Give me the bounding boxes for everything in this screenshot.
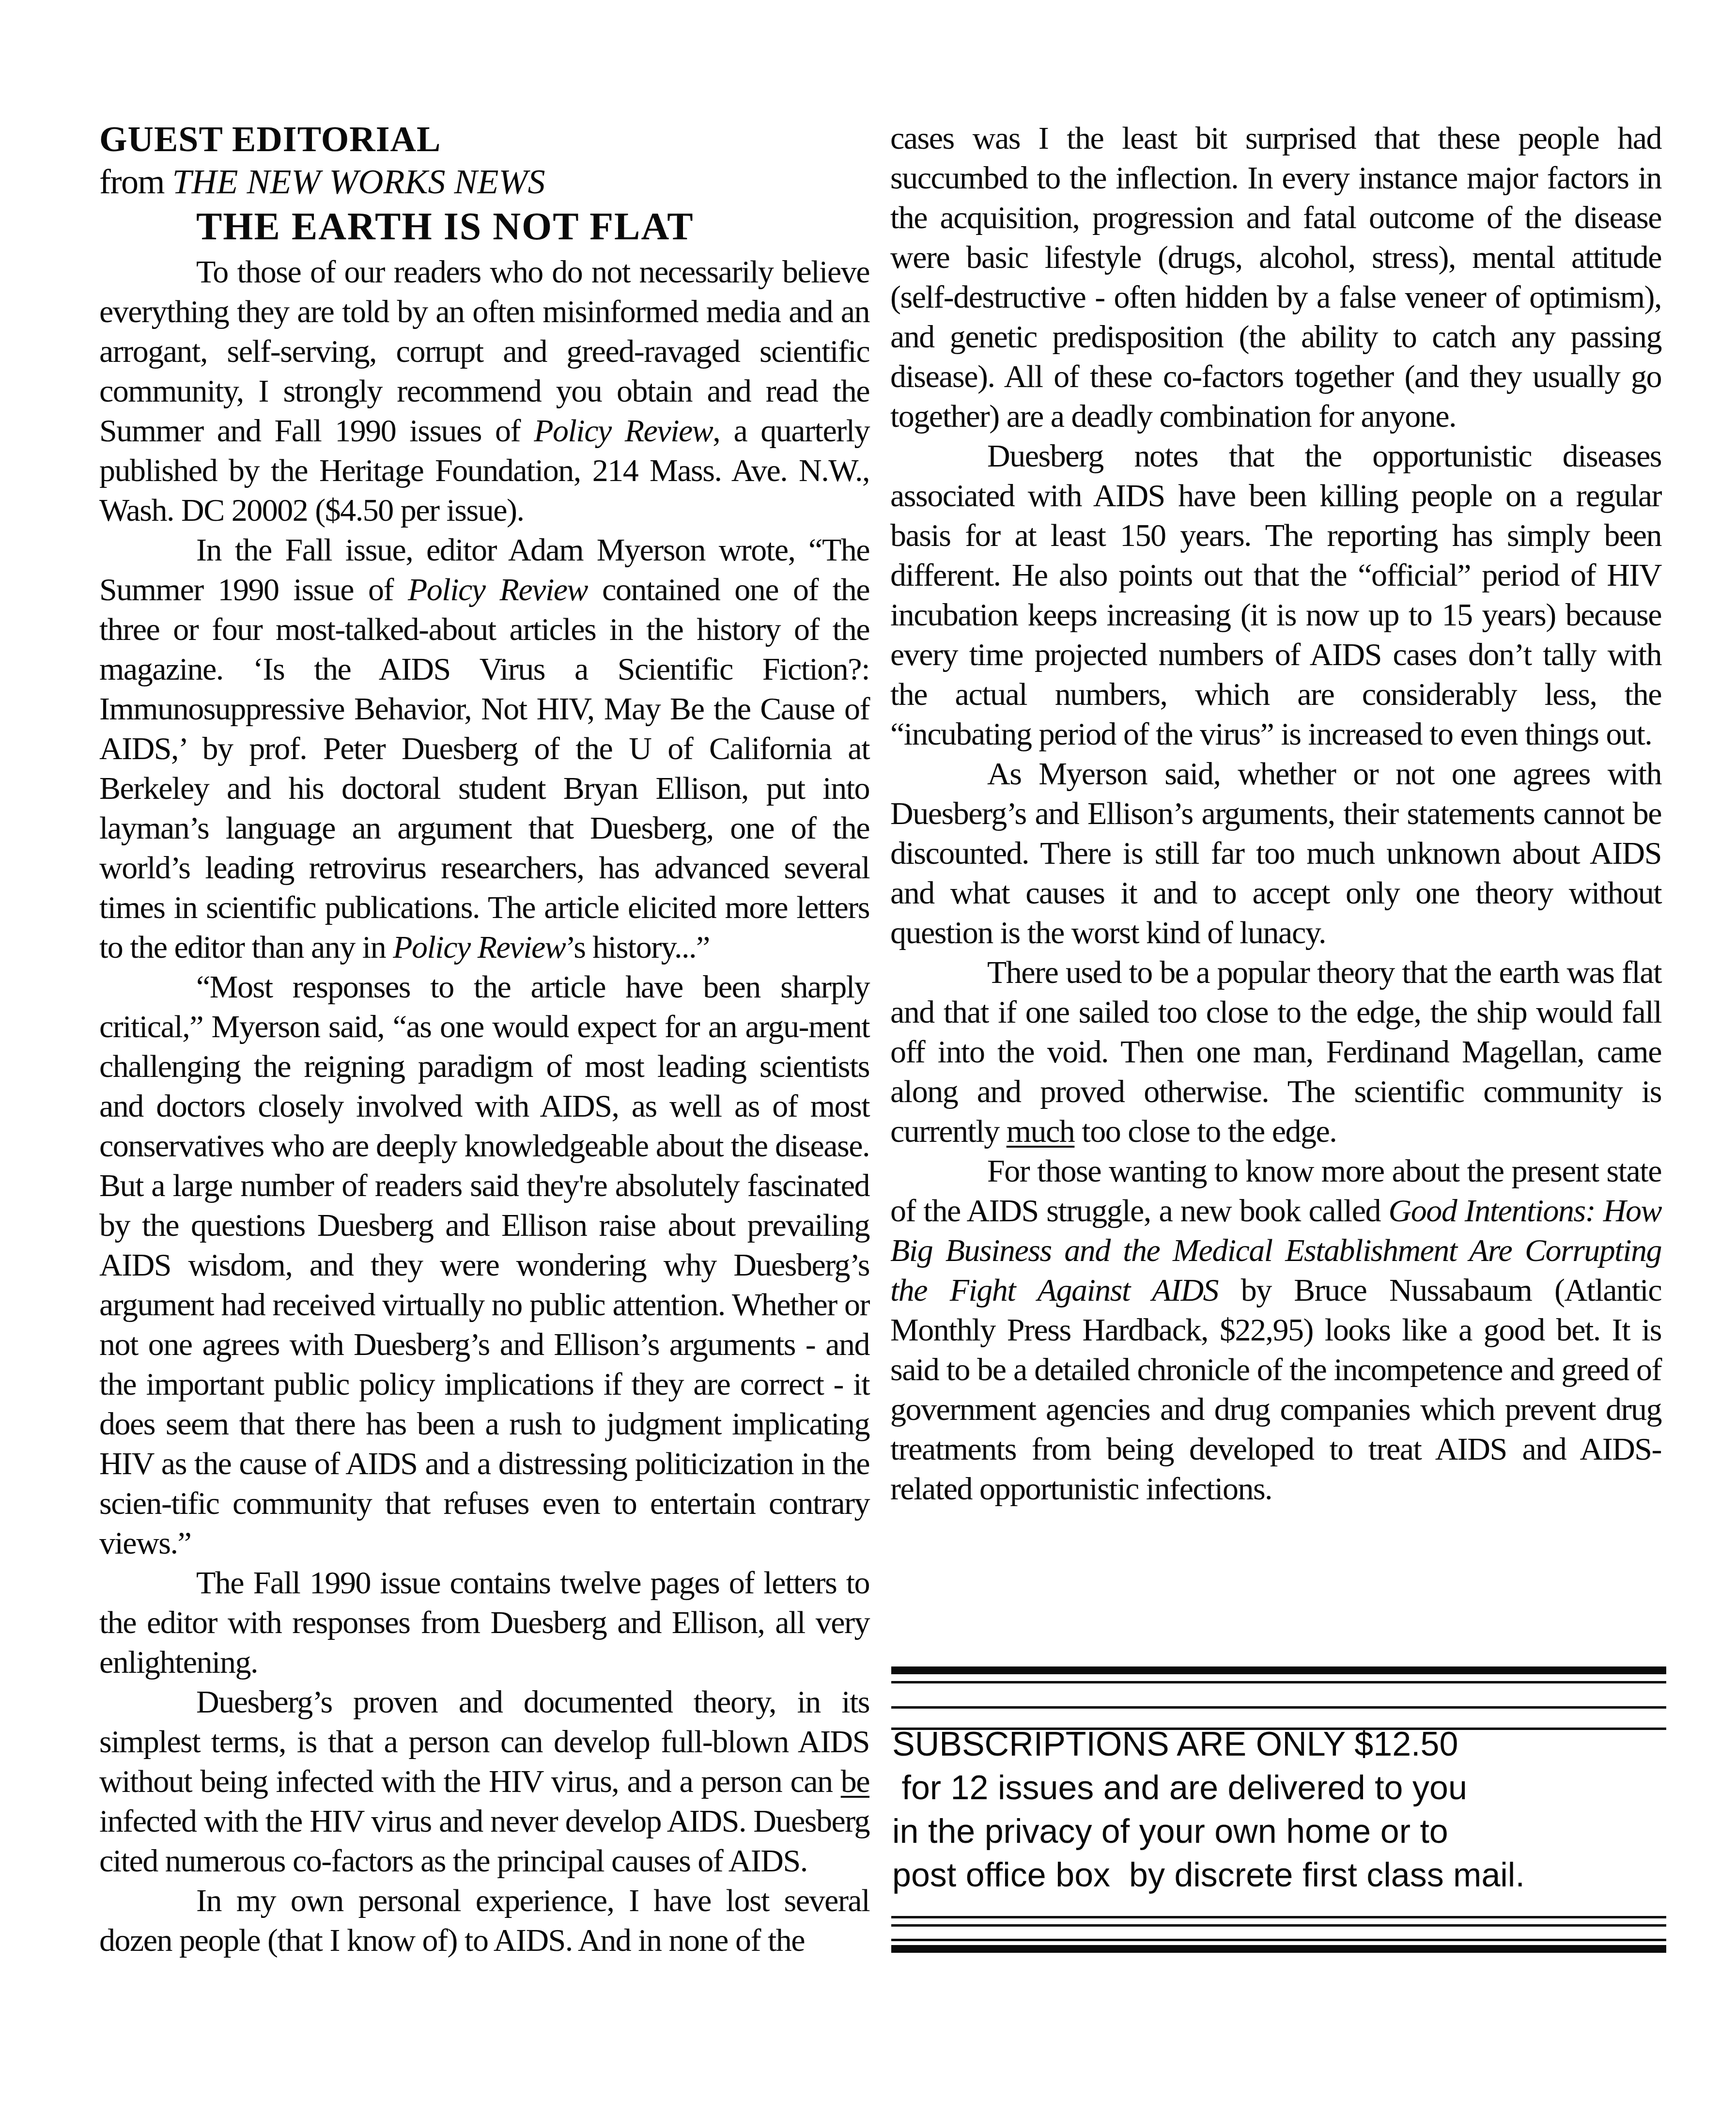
thick-rule — [891, 1945, 1666, 1953]
paragraph: As Myerson said, whether or not one agre… — [890, 754, 1661, 953]
source-prefix: from — [99, 162, 164, 201]
paragraph: For those wanting to know more about the… — [890, 1152, 1661, 1509]
subscription-headline: SUBSCRIPTIONS ARE ONLY $12.50 — [892, 1722, 1658, 1766]
subscription-offer: SUBSCRIPTIONS ARE ONLY $12.50 for 12 iss… — [892, 1722, 1658, 1897]
emphasis-underline: much — [1007, 1114, 1075, 1149]
paragraph: cases was I the least bit surprised that… — [890, 119, 1661, 436]
thin-rule — [891, 1939, 1666, 1941]
left-column: GUEST EDITORIAL from THE NEW WORKS NEWS … — [99, 119, 869, 1961]
article-title: THE EARTH IS NOT FLAT — [196, 203, 869, 250]
publication-name: Policy Review — [393, 930, 565, 965]
paragraph: In the Fall issue, editor Adam Myerson w… — [99, 530, 869, 967]
editorial-kicker: GUEST EDITORIAL — [99, 119, 869, 160]
publication-name: Policy Review — [534, 413, 713, 449]
thin-rule — [891, 1924, 1666, 1927]
source-line: from THE NEW WORKS NEWS — [99, 160, 869, 203]
thin-rule — [891, 1916, 1666, 1918]
thin-rule — [891, 1681, 1666, 1683]
publication-name: Policy Review — [408, 572, 588, 607]
thin-rule — [891, 1706, 1666, 1709]
paragraph: “Most responses to the article have been… — [99, 967, 869, 1563]
right-column: cases was I the least bit surprised that… — [890, 119, 1661, 1509]
paragraph: Duesberg’s proven and documented theory,… — [99, 1682, 869, 1881]
paragraph: The Fall 1990 issue contains twelve page… — [99, 1563, 869, 1682]
source-publication: THE NEW WORKS NEWS — [172, 162, 545, 201]
emphasis-underline: be — [841, 1764, 869, 1799]
paragraph: There used to be a popular theory that t… — [890, 953, 1661, 1152]
thick-rule — [891, 1666, 1666, 1674]
paragraph: In my own personal experience, I have lo… — [99, 1881, 869, 1961]
paragraph: To those of our readers who do not neces… — [99, 252, 869, 530]
paragraph: Duesberg notes that the opportunistic di… — [890, 436, 1661, 754]
